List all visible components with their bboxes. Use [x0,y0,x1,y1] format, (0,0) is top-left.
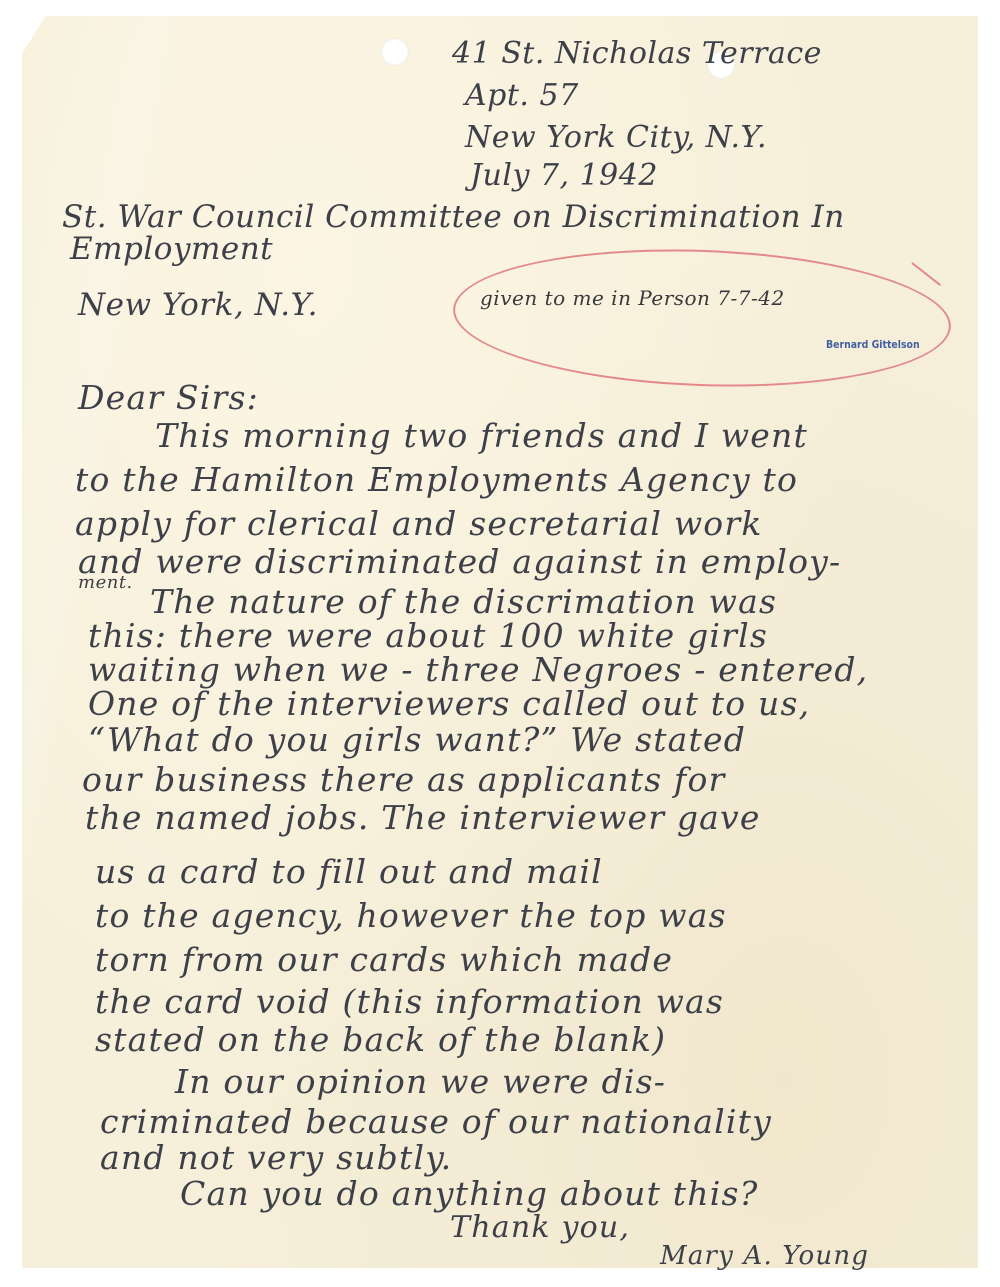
address-street: 41 St. Nicholas Terrace [452,38,822,70]
body-line: us a card to fill out and mail [95,854,603,890]
recipient-city: New York, N.Y. [78,288,318,322]
name-stamp: Bernard Gittelson [826,338,920,351]
salutation: Dear Sirs: [78,380,259,416]
address-city: New York City, N.Y. [465,122,767,154]
body-line: the card void (this information was [95,984,724,1020]
body-line: to the Hamilton Employments Agency to [75,462,798,498]
address-apartment: Apt. 57 [465,80,579,112]
body-line-insert: ment. [78,572,133,593]
body-line: this: there were about 100 white girls [88,618,768,654]
body-line: In our opinion we were dis- [175,1064,666,1100]
punch-hole-left [381,38,409,66]
body-line: “What do you girls want?” We stated [88,722,746,758]
body-line: and were discriminated against in employ… [78,544,841,580]
body-line: stated on the back of the blank) [95,1022,666,1058]
body-line: apply for clerical and secretarial work [75,506,763,542]
body-line: and not very subtly. [100,1140,452,1176]
body-line: Can you do anything about this? [180,1176,758,1212]
body-line: This morning two friends and I went [155,418,808,454]
body-line: criminated because of our nationality [100,1104,772,1140]
body-line: One of the interviewers called out to us… [88,686,810,722]
recipient-organization-cont: Employment [70,232,273,266]
letter-date: July 7, 1942 [470,160,658,192]
body-line: to the agency, however the top was [95,898,727,934]
body-line: the named jobs. The interviewer gave [85,800,761,836]
body-line: torn from our cards which made [95,942,673,978]
body-line: waiting when we - three Negroes - entere… [88,652,868,688]
signature: Mary A. Young [660,1238,869,1274]
received-in-person-note: given to me in Person 7-7-42 [480,286,785,310]
body-line: our business there as applicants for [82,762,726,798]
body-line: The nature of the discrimation was [150,584,777,620]
recipient-organization: St. War Council Committee on Discriminat… [62,200,845,234]
closing: Thank you, [450,1210,630,1246]
